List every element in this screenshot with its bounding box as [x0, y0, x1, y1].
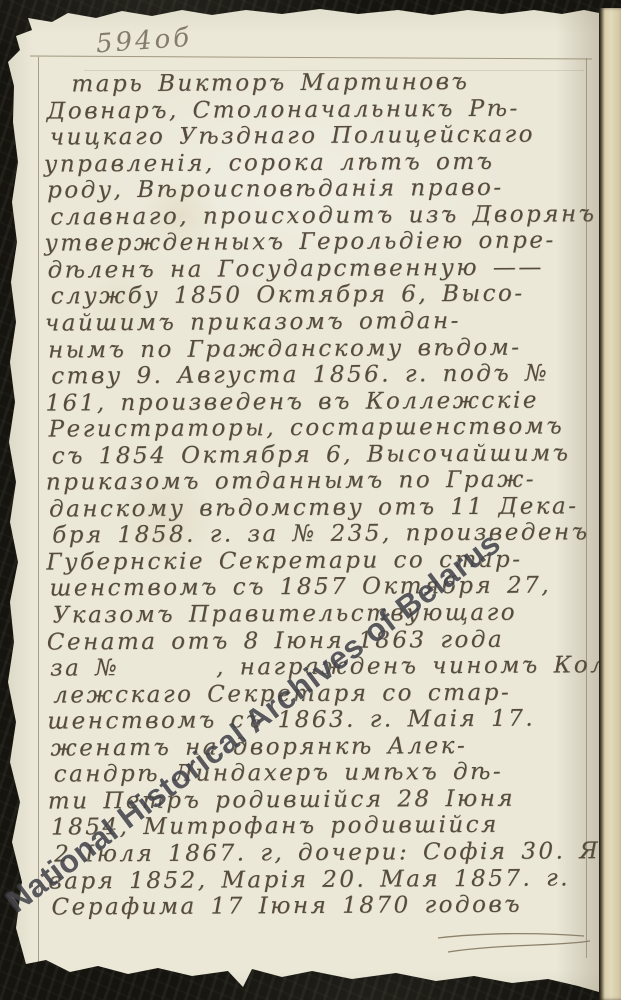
manuscript-line: чицкаго Уѣзднаго Полицейскаго	[50, 122, 535, 151]
manuscript-line: утвержденныхъ Герольдіею опре-	[44, 228, 555, 257]
manuscript-line: роду, Вѣроисповѣданія право-	[47, 175, 504, 204]
manuscript-line: 161, произведенъ въ Коллежскіе	[45, 387, 539, 416]
manuscript-line: съ 1854 Октября 6, Высочайшимъ	[52, 440, 571, 469]
manuscript-line: приказомъ отданнымъ по Граж-	[46, 467, 536, 496]
archive-scan-backdrop: 594об тарь Викторъ МартиновъДовнаръ, Сто…	[0, 0, 621, 1000]
manuscript-line: данскому вѣдомству отъ 11 Дека-	[49, 493, 579, 522]
manuscript-line: чайшимъ приказомъ отдан-	[45, 308, 461, 337]
manuscript-line: дѣленъ на Государственную ——	[48, 254, 544, 283]
manuscript-line: Довнаръ, Столоначальникъ Рѣ-	[47, 95, 520, 124]
manuscript-line: Серафима 17 Іюня 1870 годовъ	[51, 892, 522, 921]
manuscript-line: нымъ по Гражданскому вѣдом-	[48, 334, 522, 363]
manuscript-line: службу 1850 Октября 6, Высо-	[51, 281, 525, 310]
manuscript-line: бря 1858. г. за № 235, произведенъ въ	[52, 519, 621, 549]
manuscript-line: управленія, сорока лѣтъ отъ	[44, 148, 495, 177]
manuscript-line: варя 1852, Марія 20. Мая 1857. г.	[48, 865, 570, 894]
manuscript-line: славнаго, происходитъ изъ Дворянъ	[50, 201, 596, 230]
adjacent-page-edge	[599, 8, 621, 1000]
manuscript-line: тарь Викторъ Мартиновъ	[71, 69, 469, 97]
manuscript-line: Сената отъ 8 Іюня 1863 года	[47, 626, 504, 655]
manuscript-line: Регистраторы, состаршенствомъ	[48, 414, 564, 443]
closing-flourish-icon	[432, 925, 597, 959]
manuscript-line: ству 9. Августа 1856. г. подъ №	[51, 361, 549, 390]
